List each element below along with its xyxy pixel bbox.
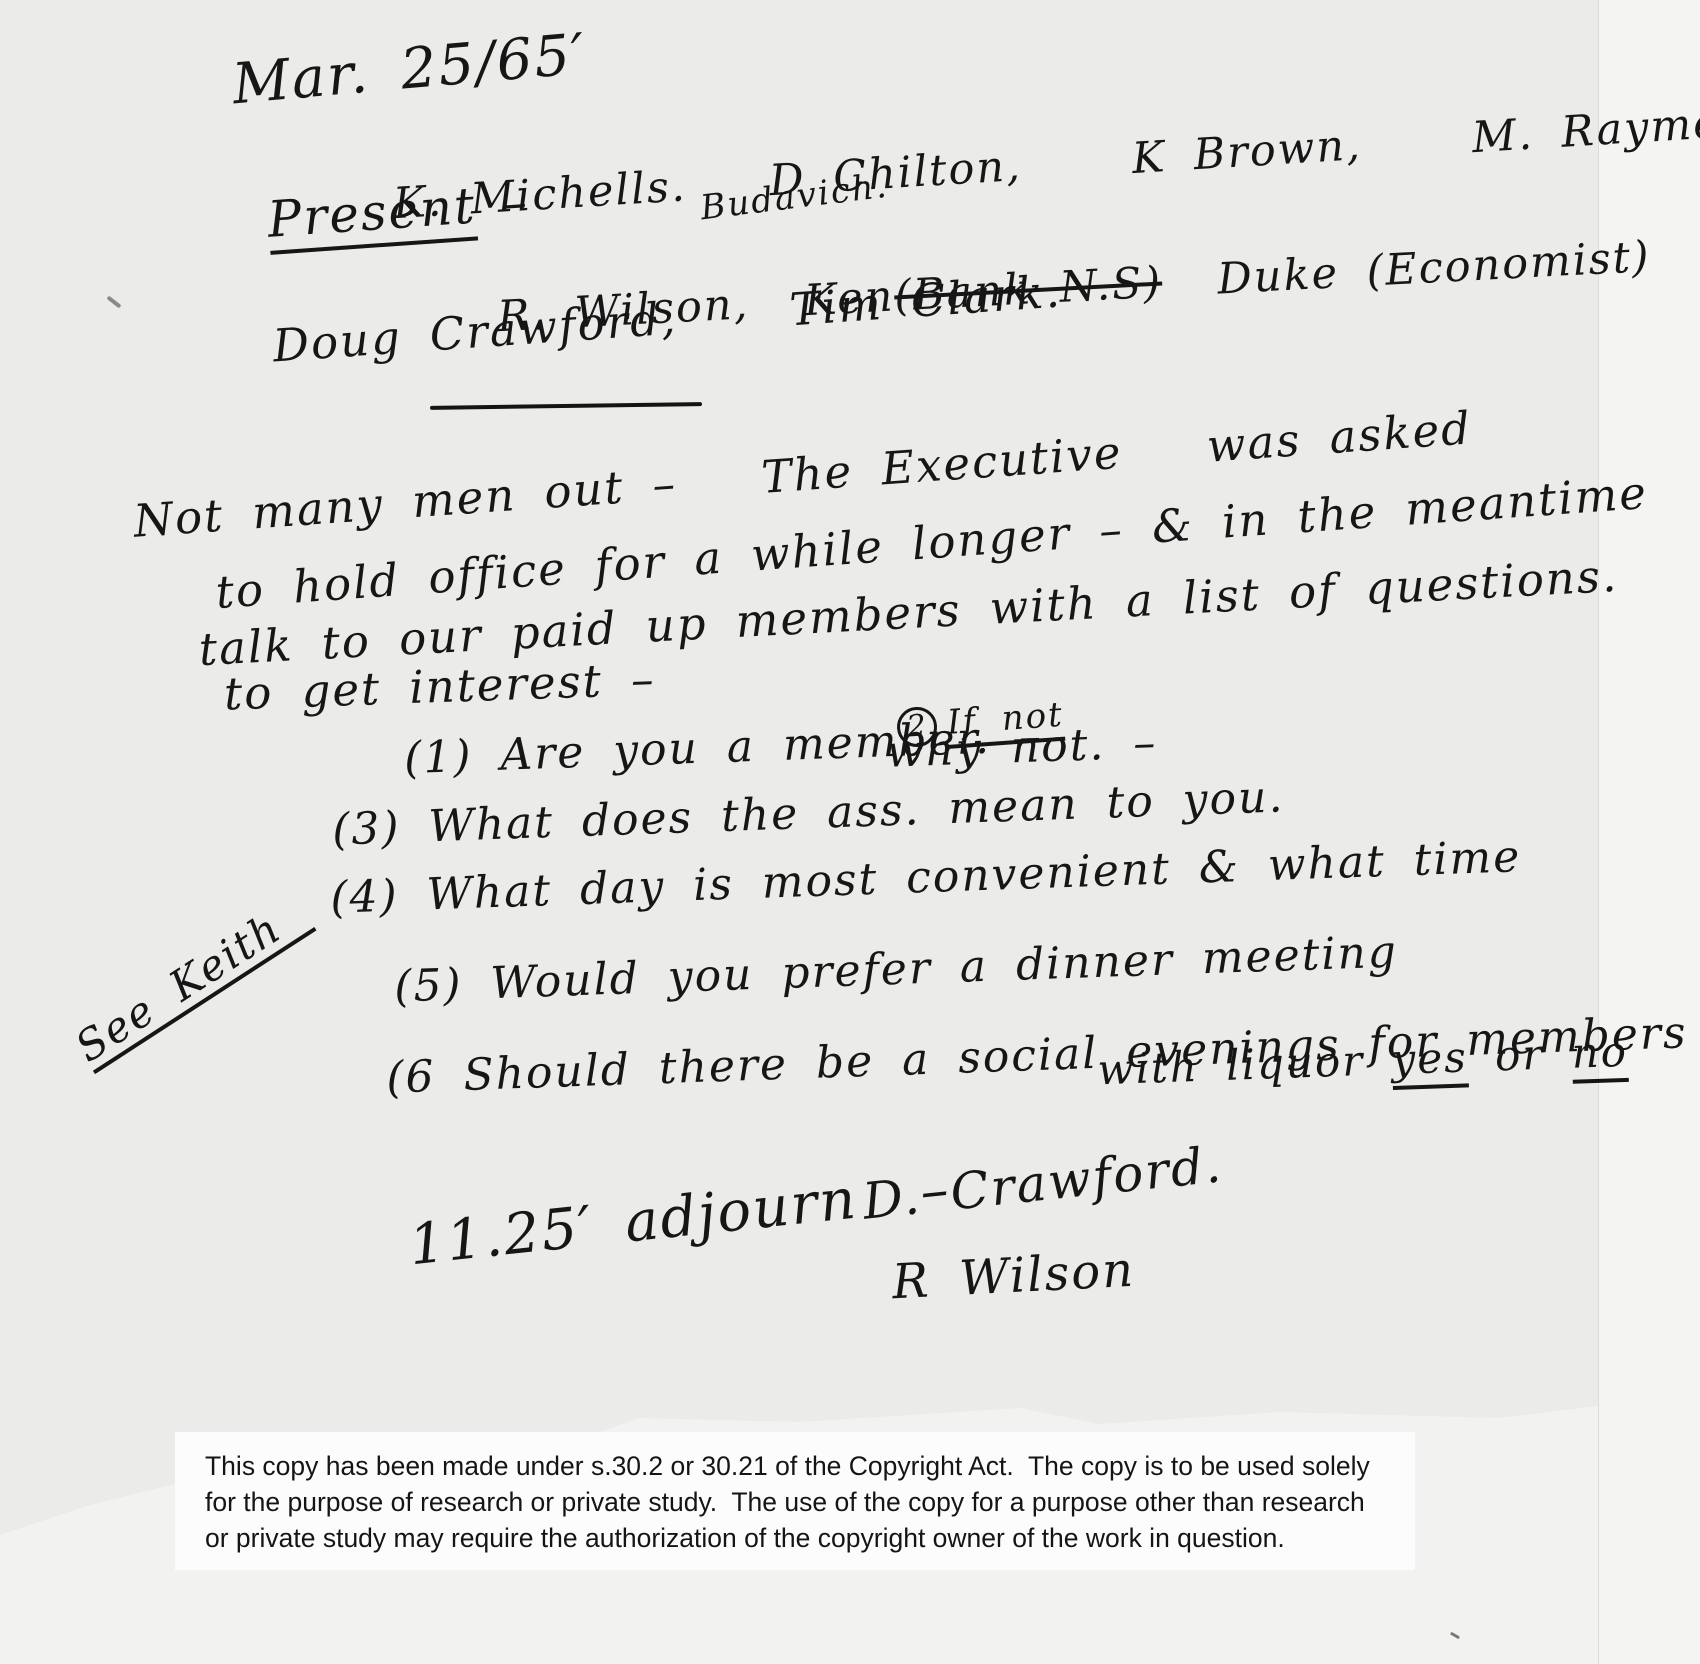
signature-wilson: R Wilson: [891, 1246, 1136, 1307]
copyright-notice: This copy has been made under s.30.2 or …: [175, 1432, 1415, 1570]
question-1-tail: why not. –: [885, 721, 1158, 774]
copyright-line-3: or private study may require the authori…: [205, 1520, 1415, 1556]
attendees-line-2-post: Duke (Economist): [1161, 232, 1652, 308]
stray-mark: [1450, 1632, 1460, 1640]
body-line-4: to get interest –: [223, 656, 656, 716]
copyright-line-2: for the purpose of research or private s…: [205, 1484, 1415, 1520]
scanned-meeting-minutes: Mar. 25/65′ Present– K. Michells. D Chil…: [0, 0, 1700, 1664]
copyright-line-1: This copy has been made under s.30.2 or …: [205, 1448, 1415, 1484]
